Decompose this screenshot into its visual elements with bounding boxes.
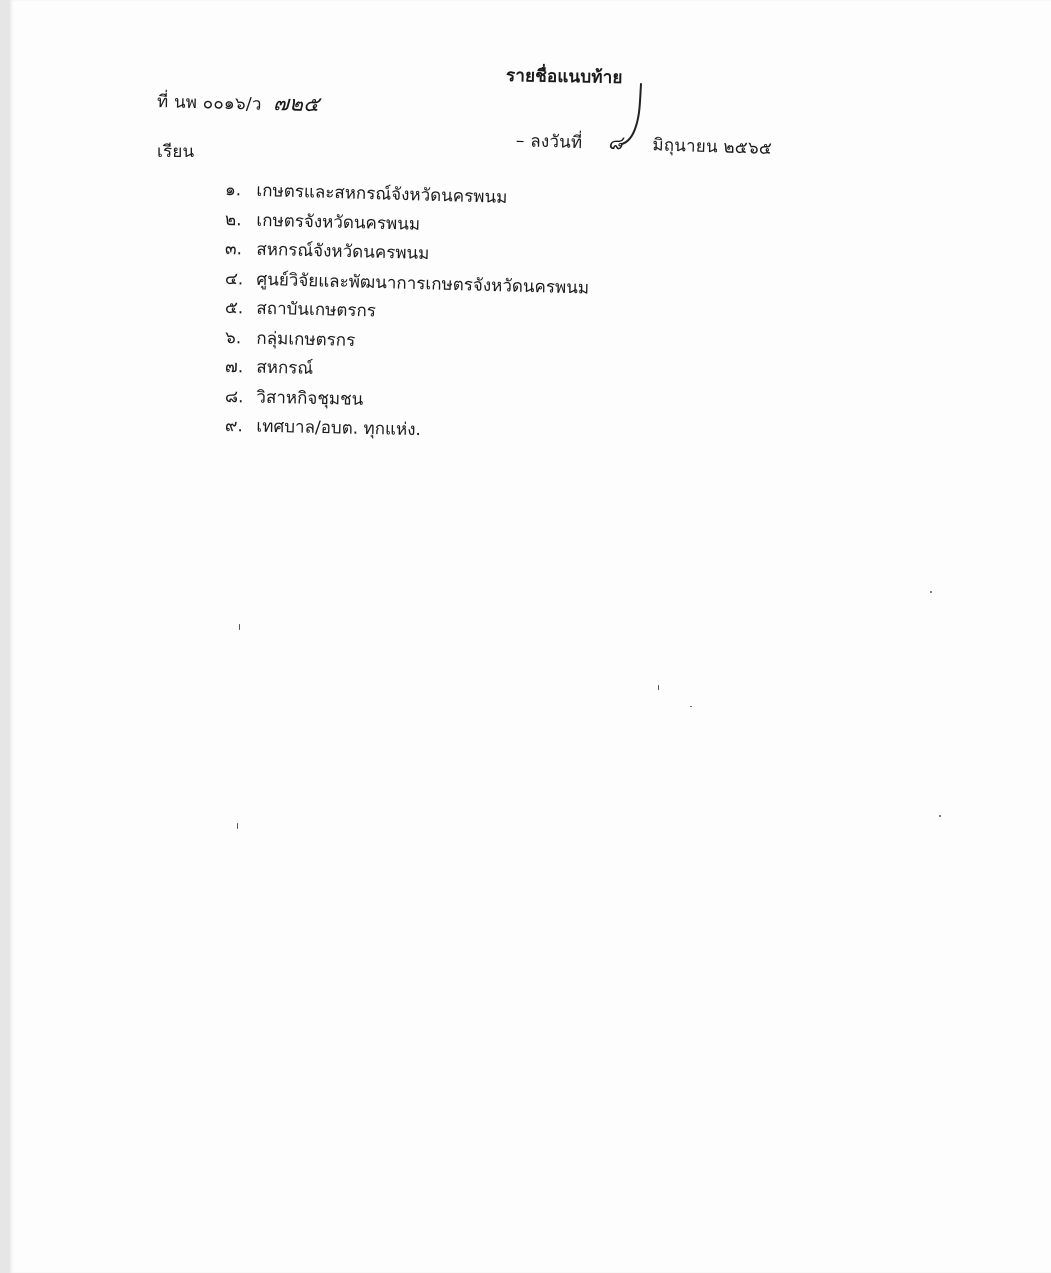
- scan-speck: [690, 706, 692, 707]
- recipient-list: ๑. เกษตรและสหกรณ์จังหวัดนครพนม ๒. เกษตรจ…: [225, 176, 589, 442]
- salutation: เรียน: [157, 138, 194, 165]
- scan-speck: [930, 591, 932, 593]
- reference-handwritten-number: ๗๒๕: [273, 91, 320, 116]
- reference-number: ที่ นพ ๐๐๑๖/ว ๗๒๕: [157, 84, 320, 121]
- list-item: ๙. เทศบาล/อบต. ทุกแห่ง.: [225, 412, 590, 449]
- scan-speck: [658, 685, 659, 690]
- scan-speck: [237, 823, 238, 829]
- scan-speck: [939, 815, 941, 817]
- date-prefix: – ลงวันที่: [516, 131, 583, 153]
- reference-prefix: ที่ นพ ๐๐๑๖/ว: [157, 92, 262, 115]
- document-page: รายชื่อแนบท้าย ที่ นพ ๐๐๑๖/ว ๗๒๕ – ลงวัน…: [10, 0, 1051, 1273]
- date-handwritten-day: ๘: [608, 132, 624, 154]
- date-month-year: มิถุนายน ๒๕๖๕: [652, 135, 772, 159]
- scan-speck: [239, 624, 240, 630]
- document-date: – ลงวันที่ ๘ มิถุนายน ๒๕๖๕: [516, 125, 773, 163]
- attachment-title: รายชื่อแนบท้าย: [506, 62, 623, 91]
